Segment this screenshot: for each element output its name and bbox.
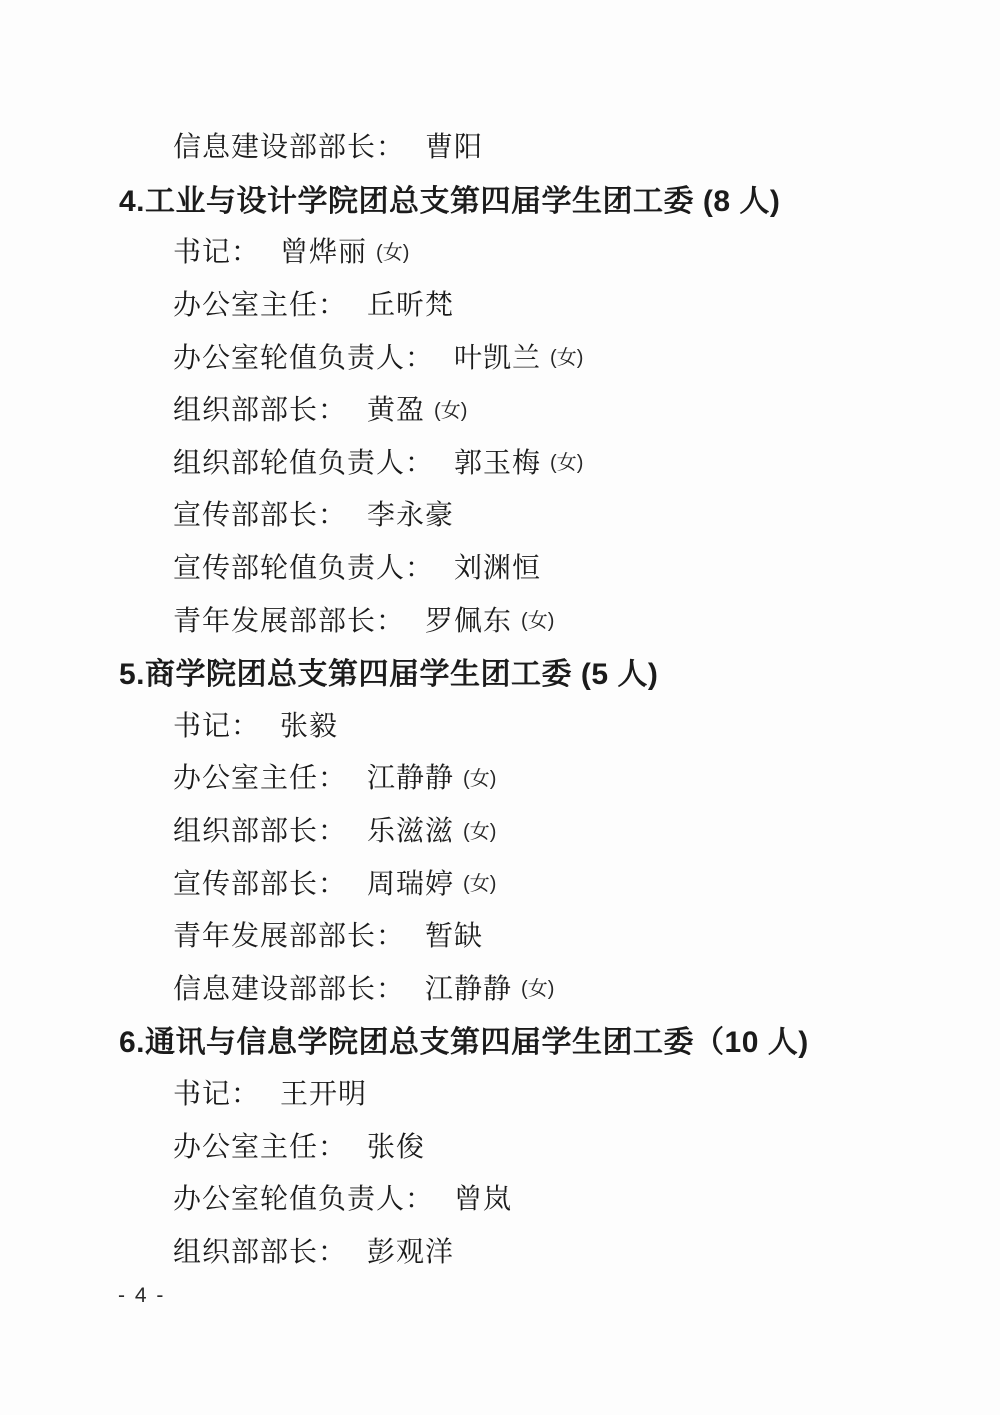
member-row: 宣传部部长： 李永豪 — [0, 487, 1000, 540]
role-label: 办公室轮值负责人： — [173, 1177, 434, 1217]
gender-note: (女) — [376, 236, 409, 265]
member-row: 书记： 张毅 — [0, 698, 1000, 751]
role-label: 青年发展部部长： — [173, 914, 405, 954]
member-row: 组织部部长： 黄盈 (女) — [0, 382, 1000, 435]
gender-note: (女) — [463, 815, 496, 844]
member-name: 张毅 — [280, 704, 338, 744]
member-name: 乐滋滋 — [367, 809, 454, 849]
role-label: 书记： — [173, 230, 260, 270]
member-row: 信息建设部部长： 江静静 (女) — [0, 961, 1000, 1014]
member-row: 书记： 王开明 — [0, 1066, 1000, 1119]
role-label: 宣传部部长： — [173, 493, 347, 533]
member-name: 罗佩东 — [425, 599, 512, 639]
member-name: 丘昕梵 — [367, 283, 454, 323]
gender-note: (女) — [521, 604, 554, 633]
gender-note: (女) — [463, 762, 496, 791]
role-label: 组织部轮值负责人： — [173, 441, 434, 481]
role-label: 宣传部轮值负责人： — [173, 546, 434, 586]
member-name: 江静静 — [425, 967, 512, 1007]
member-row: 信息建设部部长： 曹阳 — [0, 119, 1000, 172]
member-row: 组织部部长： 乐滋滋 (女) — [0, 803, 1000, 856]
member-name: 江静静 — [367, 756, 454, 796]
member-row: 办公室主任： 丘昕梵 — [0, 277, 1000, 330]
member-name: 叶凯兰 — [454, 336, 541, 376]
member-name: 曾烨丽 — [280, 230, 367, 270]
role-label: 组织部部长： — [173, 1230, 347, 1270]
member-name: 张俊 — [367, 1125, 425, 1165]
member-row: 组织部轮值负责人： 郭玉梅 (女) — [0, 435, 1000, 488]
member-name: 刘渊恒 — [454, 546, 541, 586]
member-name: 黄盈 — [367, 388, 425, 428]
member-name: 郭玉梅 — [454, 441, 541, 481]
role-label: 办公室主任： — [173, 1125, 347, 1165]
role-label: 组织部部长： — [173, 809, 347, 849]
member-row: 办公室主任： 张俊 — [0, 1118, 1000, 1171]
member-row: 办公室轮值负责人： 叶凯兰 (女) — [0, 329, 1000, 382]
role-label: 书记： — [173, 1072, 260, 1112]
role-label: 信息建设部部长： — [173, 125, 405, 165]
role-label: 书记： — [173, 704, 260, 744]
member-name: 暂缺 — [425, 914, 483, 954]
role-label: 办公室主任： — [173, 283, 347, 323]
member-name: 周瑞婷 — [367, 862, 454, 902]
member-row: 青年发展部部长： 罗佩东 (女) — [0, 592, 1000, 645]
section-heading: 5.商学院团总支第四届学生团工委 (5 人) — [0, 645, 1000, 698]
gender-note: (女) — [550, 341, 583, 370]
member-name: 曾岚 — [454, 1177, 512, 1217]
member-row: 组织部部长： 彭观洋 — [0, 1223, 1000, 1276]
role-label: 青年发展部部长： — [173, 599, 405, 639]
member-row: 宣传部轮值负责人： 刘渊恒 — [0, 540, 1000, 593]
role-label: 办公室主任： — [173, 756, 347, 796]
member-row: 书记： 曾烨丽 (女) — [0, 224, 1000, 277]
member-name: 王开明 — [280, 1072, 367, 1112]
page-number: - 4 - — [118, 1284, 165, 1308]
document-page: 信息建设部部长： 曹阳 4.工业与设计学院团总支第四届学生团工委 (8 人) 书… — [0, 0, 1000, 1415]
member-row: 宣传部部长： 周瑞婷 (女) — [0, 855, 1000, 908]
document-content: 信息建设部部长： 曹阳 4.工业与设计学院团总支第四届学生团工委 (8 人) 书… — [0, 119, 1000, 1276]
gender-note: (女) — [434, 394, 467, 423]
member-name: 李永豪 — [367, 493, 454, 533]
gender-note: (女) — [463, 867, 496, 896]
section-heading: 6.通讯与信息学院团总支第四届学生团工委（10 人) — [0, 1013, 1000, 1066]
gender-note: (女) — [521, 972, 554, 1001]
role-label: 组织部部长： — [173, 388, 347, 428]
role-label: 信息建设部部长： — [173, 967, 405, 1007]
member-row: 办公室主任： 江静静 (女) — [0, 750, 1000, 803]
role-label: 办公室轮值负责人： — [173, 336, 434, 376]
member-name: 曹阳 — [425, 125, 483, 165]
member-row: 青年发展部部长： 暂缺 — [0, 908, 1000, 961]
gender-note: (女) — [550, 446, 583, 475]
role-label: 宣传部部长： — [173, 862, 347, 902]
section-heading: 4.工业与设计学院团总支第四届学生团工委 (8 人) — [0, 172, 1000, 225]
member-row: 办公室轮值负责人： 曾岚 — [0, 1171, 1000, 1224]
member-name: 彭观洋 — [367, 1230, 454, 1270]
